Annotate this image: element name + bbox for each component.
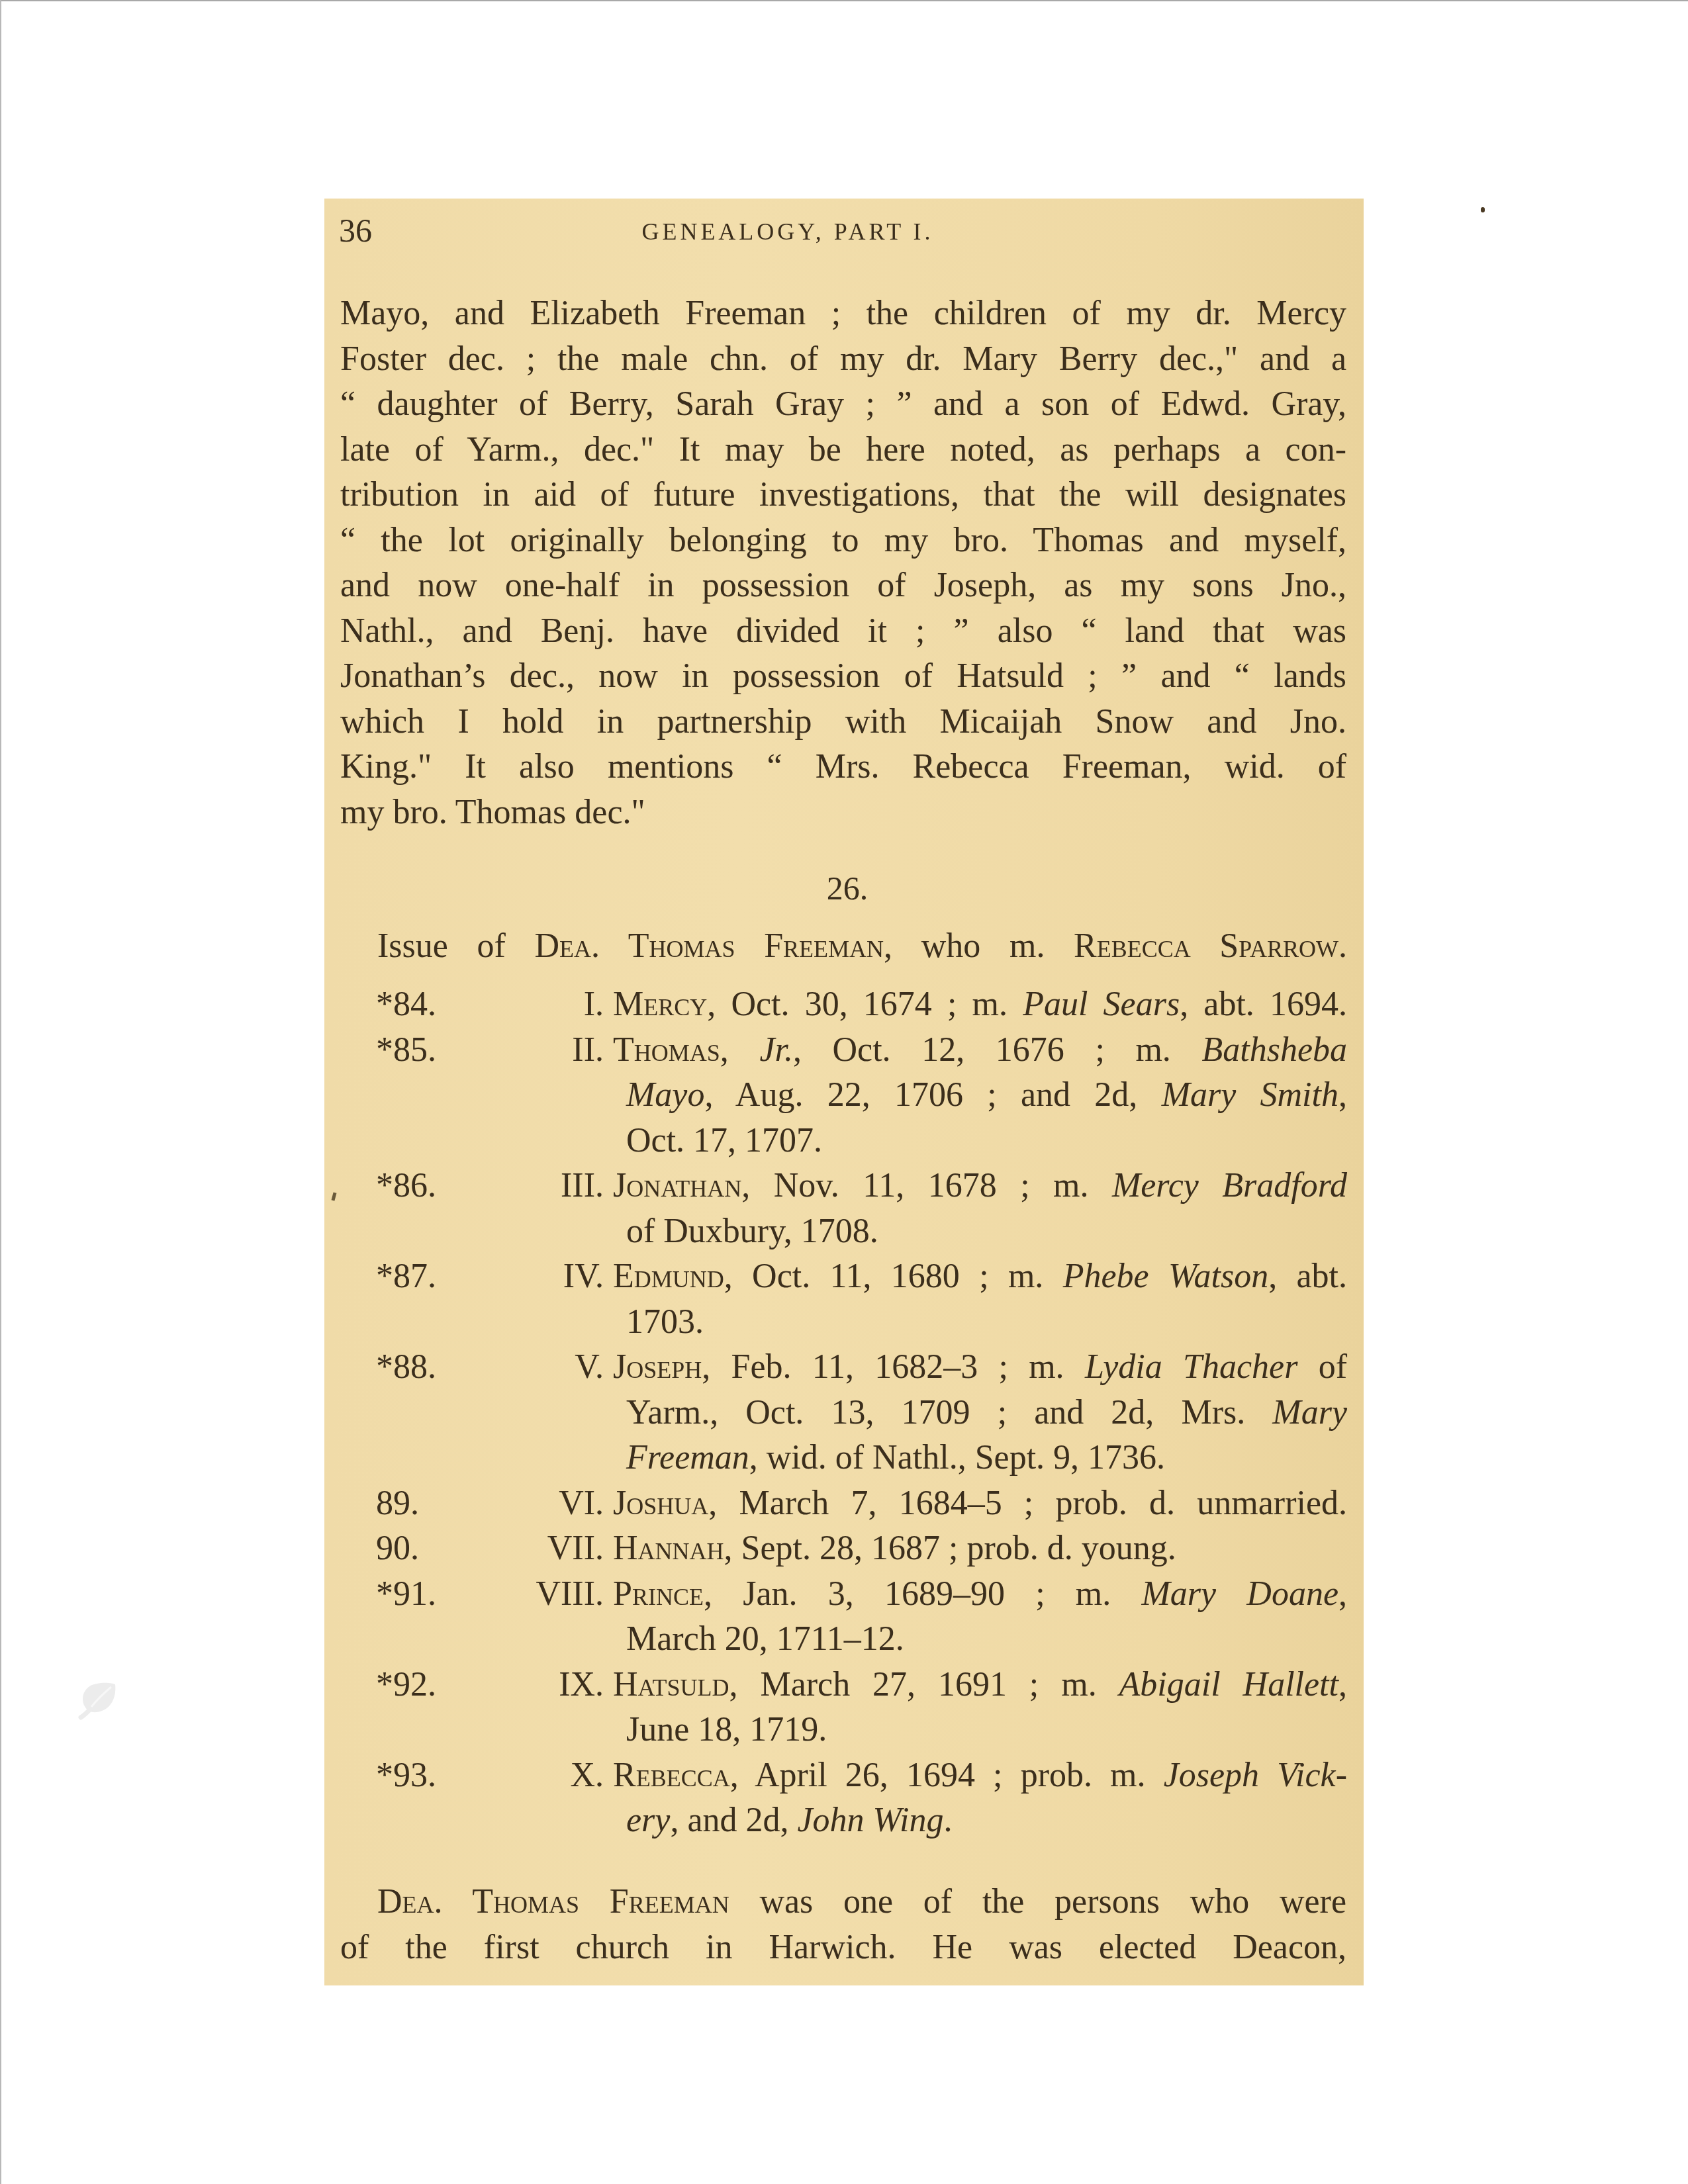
entry-segment: , [1338, 1666, 1347, 1704]
child-name: Edmund [613, 1257, 724, 1295]
entry-segment: , abt. 1694. [1180, 985, 1347, 1023]
entry-roman-numeral: II. [444, 1028, 604, 1073]
entry-text: Mercy, Oct. 30, 1674 ; m. Paul Sears, ab… [613, 982, 1347, 1028]
entry-line: Joseph, Feb. 11, 1682–3 ; m. Lydia Thach… [613, 1345, 1347, 1390]
entry-roman-numeral: VIII. [444, 1572, 604, 1617]
entry-roman-numeral: III. [444, 1163, 604, 1209]
entry-roman-numeral: I. [444, 982, 604, 1028]
entry-segment: June 18, 1719. [626, 1711, 827, 1749]
entry-segment: , Sept. 28, 1687 ; prob. d. young. [724, 1529, 1176, 1567]
paragraph-line: tribution in aid of future investigation… [340, 473, 1346, 518]
entry-roman-numeral: IV. [444, 1254, 604, 1300]
entry-line: Hatsuld, March 27, 1691 ; m. Abigail Hal… [613, 1662, 1347, 1708]
entry-segment: , March 7, 1684–5 ; prob. d. unmarried. [708, 1484, 1347, 1522]
child-entry: 89.VI.Joshua, March 7, 1684–5 ; prob. d.… [324, 1481, 1364, 1527]
entry-text: Rebecca, April 26, 1694 ; prob. m. Josep… [613, 1753, 1347, 1844]
issue-heading: Issue of Dea. Thomas Freeman, who m. Reb… [377, 925, 1347, 968]
child-name: Hatsuld [613, 1666, 729, 1704]
spouse-name: Paul Sears [1023, 985, 1180, 1023]
heading-prefix: Issue of [377, 927, 534, 965]
child-name: Joshua [613, 1484, 708, 1522]
entry-segment: , April 26, 1694 ; prob. m. [730, 1756, 1164, 1794]
children-list: *84.I.Mercy, Oct. 30, 1674 ; m. Paul Sea… [324, 982, 1364, 1844]
child-name: Prince [613, 1575, 704, 1613]
spouse-name: ery [626, 1801, 670, 1839]
child-name: Mercy [613, 985, 707, 1023]
child-entry: *92.IX.Hatsuld, March 27, 1691 ; m. Abig… [324, 1662, 1364, 1753]
entry-line: June 18, 1719. [613, 1707, 1347, 1753]
entry-line: Oct. 17, 1707. [613, 1118, 1347, 1164]
spouse-name: Lydia Thacher [1085, 1348, 1298, 1386]
leaf-icon [74, 1678, 119, 1720]
spouse-name: Mayo [626, 1076, 704, 1114]
child-name: Rebecca [613, 1756, 730, 1794]
child-entry: *84.I.Mercy, Oct. 30, 1674 ; m. Paul Sea… [324, 982, 1364, 1028]
running-head: GENEALOGY, PART I. [324, 217, 1251, 246]
paragraph-line: late of Yarm., dec." It may be here note… [340, 428, 1346, 473]
entry-segment: , Oct. 30, 1674 ; m. [707, 985, 1023, 1023]
scan-speck [1481, 207, 1485, 212]
entry-segment: , [1338, 1575, 1347, 1613]
entry-line: 1703. [613, 1300, 1347, 1345]
paragraph-line: King." It also mentions “ Mrs. Rebecca F… [340, 745, 1346, 790]
heading-suffix: . [1338, 927, 1347, 965]
child-entry: *88.V.Joseph, Feb. 11, 1682–3 ; m. Lydia… [324, 1345, 1364, 1481]
child-name: Hannah [613, 1529, 724, 1567]
child-entry: *86.III.Jonathan, Nov. 11, 1678 ; m. Mer… [324, 1163, 1364, 1254]
child-name: Jonathan [613, 1167, 741, 1205]
entry-segment: , Aug. 22, 1706 ; and 2d, [704, 1076, 1161, 1114]
entry-line: Yarm., Oct. 13, 1709 ; and 2d, Mrs. Mary [613, 1390, 1347, 1436]
section-number: 26. [324, 868, 1364, 908]
child-entry: *85.II.Thomas, Jr., Oct. 12, 1676 ; m. B… [324, 1028, 1364, 1164]
entry-line: Thomas, Jr., Oct. 12, 1676 ; m. Bathsheb… [613, 1028, 1347, 1073]
entry-segment: of [1297, 1348, 1347, 1386]
paragraph-line: Jonathan’s dec., now in possession of Ha… [340, 654, 1346, 700]
spouse-name: Phebe Watson [1063, 1257, 1268, 1295]
child-entry: *87.IV.Edmund, Oct. 11, 1680 ; m. Phebe … [324, 1254, 1364, 1345]
entry-segment: March 20, 1711–12. [626, 1620, 904, 1658]
paragraph-line: Nathl., and Benj. have divided it ; ” al… [340, 609, 1346, 655]
spouse-name: Mary Doane [1142, 1575, 1339, 1613]
entry-segment: , [720, 1031, 760, 1069]
paragraph-line: my bro. Thomas dec." [340, 790, 1346, 836]
entry-text: Jonathan, Nov. 11, 1678 ; m. Mercy Bradf… [613, 1163, 1347, 1254]
paragraph-line: “ daughter of Berry, Sarah Gray ; ” and … [340, 382, 1346, 428]
entry-roman-numeral: IX. [444, 1662, 604, 1708]
entry-line: Mercy, Oct. 30, 1674 ; m. Paul Sears, ab… [613, 982, 1347, 1028]
book-page: 36 GENEALOGY, PART I. Mayo, and Elizabet… [324, 199, 1364, 1985]
entry-line: Hannah, Sept. 28, 1687 ; prob. d. young. [613, 1526, 1347, 1572]
entry-segment: Oct. 17, 1707. [626, 1122, 822, 1160]
entry-line: Mayo, Aug. 22, 1706 ; and 2d, Mary Smith… [613, 1073, 1347, 1118]
entry-segment: , and 2d, [670, 1801, 797, 1839]
spouse-name: Joseph Vick- [1164, 1756, 1347, 1794]
spouse-name: Mary [1272, 1394, 1347, 1432]
entry-roman-numeral: V. [444, 1345, 604, 1390]
child-name: Thomas [613, 1031, 720, 1069]
entry-segment: Yarm., Oct. 13, 1709 ; and 2d, Mrs. [626, 1394, 1272, 1432]
spouse-name: John Wing [798, 1801, 944, 1839]
spouse-name: Jr. [759, 1031, 793, 1069]
will-excerpt-paragraph: Mayo, and Elizabeth Freeman ; the childr… [340, 291, 1346, 835]
person-name: Dea. Thomas Freeman [377, 1883, 729, 1921]
child-entry: 90.VII.Hannah, Sept. 28, 1687 ; prob. d.… [324, 1526, 1364, 1572]
entry-roman-numeral: X. [444, 1753, 604, 1799]
child-name: Joseph [613, 1348, 702, 1386]
paragraph-line: Dea. Thomas Freeman was one of the perso… [340, 1880, 1346, 1925]
entry-text: Joseph, Feb. 11, 1682–3 ; m. Lydia Thach… [613, 1345, 1347, 1481]
entry-text: Joshua, March 7, 1684–5 ; prob. d. unmar… [613, 1481, 1347, 1527]
heading-middle: , who m. [884, 927, 1074, 965]
entry-line: Jonathan, Nov. 11, 1678 ; m. Mercy Bradf… [613, 1163, 1347, 1209]
entry-line: Freeman, wid. of Nathl., Sept. 9, 1736. [613, 1435, 1347, 1481]
paragraph-line: Foster dec. ; the male chn. of my dr. Ma… [340, 337, 1346, 383]
entry-line: ery, and 2d, John Wing. [613, 1798, 1347, 1844]
entry-segment: , Oct. 12, 1676 ; m. [793, 1031, 1202, 1069]
closing-paragraph: Dea. Thomas Freeman was one of the perso… [340, 1880, 1346, 1970]
paragraph-line: which I hold in partnership with Micaija… [340, 700, 1346, 745]
spouse-name: Mercy Bradford [1112, 1167, 1347, 1205]
entry-segment: , March 27, 1691 ; m. [729, 1666, 1119, 1704]
entry-segment: 1703. [626, 1303, 704, 1341]
entry-line: Joshua, March 7, 1684–5 ; prob. d. unmar… [613, 1481, 1347, 1527]
child-entry: *91.VIII.Prince, Jan. 3, 1689–90 ; m. Ma… [324, 1572, 1364, 1662]
viewer-top-border [0, 0, 1688, 1]
entry-text: Edmund, Oct. 11, 1680 ; m. Phebe Watson,… [613, 1254, 1347, 1345]
paragraph-line: Mayo, and Elizabeth Freeman ; the childr… [340, 291, 1346, 337]
paragraph-line: of the first church in Harwich. He was e… [340, 1925, 1346, 1971]
entry-segment: of Duxbury, 1708. [626, 1212, 878, 1250]
spouse-name: Abigail Hallett [1119, 1666, 1338, 1704]
entry-roman-numeral: VI. [444, 1481, 604, 1527]
entry-segment: , Feb. 11, 1682–3 ; m. [702, 1348, 1085, 1386]
spouse-name: Freeman [626, 1439, 749, 1477]
entry-segment: . [943, 1801, 952, 1839]
entry-segment: , abt. [1268, 1257, 1347, 1295]
entry-segment: , Jan. 3, 1689–90 ; m. [704, 1575, 1142, 1613]
viewer-left-border [0, 0, 1, 2184]
heading-father: Dea. Thomas Freeman [534, 927, 884, 965]
entry-segment: , wid. of Nathl., Sept. 9, 1736. [749, 1439, 1165, 1477]
entry-text: Hatsuld, March 27, 1691 ; m. Abigail Hal… [613, 1662, 1347, 1753]
heading-mother: Rebecca Sparrow [1074, 927, 1338, 965]
entry-segment: , Nov. 11, 1678 ; m. [741, 1167, 1112, 1205]
entry-segment: , Oct. 11, 1680 ; m. [724, 1257, 1063, 1295]
spouse-name: Bathsheba [1201, 1031, 1347, 1069]
entry-line: March 20, 1711–12. [613, 1617, 1347, 1662]
paragraph-line: and now one-half in possession of Joseph… [340, 563, 1346, 609]
spouse-name: Mary Smith [1162, 1076, 1338, 1114]
entry-line: of Duxbury, 1708. [613, 1209, 1347, 1255]
entry-text: Hannah, Sept. 28, 1687 ; prob. d. young. [613, 1526, 1347, 1572]
child-entry: *93.X.Rebecca, April 26, 1694 ; prob. m.… [324, 1753, 1364, 1844]
entry-line: Edmund, Oct. 11, 1680 ; m. Phebe Watson,… [613, 1254, 1347, 1300]
paragraph-line: “ the lot originally belonging to my bro… [340, 518, 1346, 564]
entry-roman-numeral: VII. [444, 1526, 604, 1572]
entry-text: Prince, Jan. 3, 1689–90 ; m. Mary Doane,… [613, 1572, 1347, 1662]
entry-line: Prince, Jan. 3, 1689–90 ; m. Mary Doane, [613, 1572, 1347, 1617]
entry-segment: , [1338, 1076, 1347, 1114]
entry-text: Thomas, Jr., Oct. 12, 1676 ; m. Bathsheb… [613, 1028, 1347, 1164]
entry-line: Rebecca, April 26, 1694 ; prob. m. Josep… [613, 1753, 1347, 1799]
